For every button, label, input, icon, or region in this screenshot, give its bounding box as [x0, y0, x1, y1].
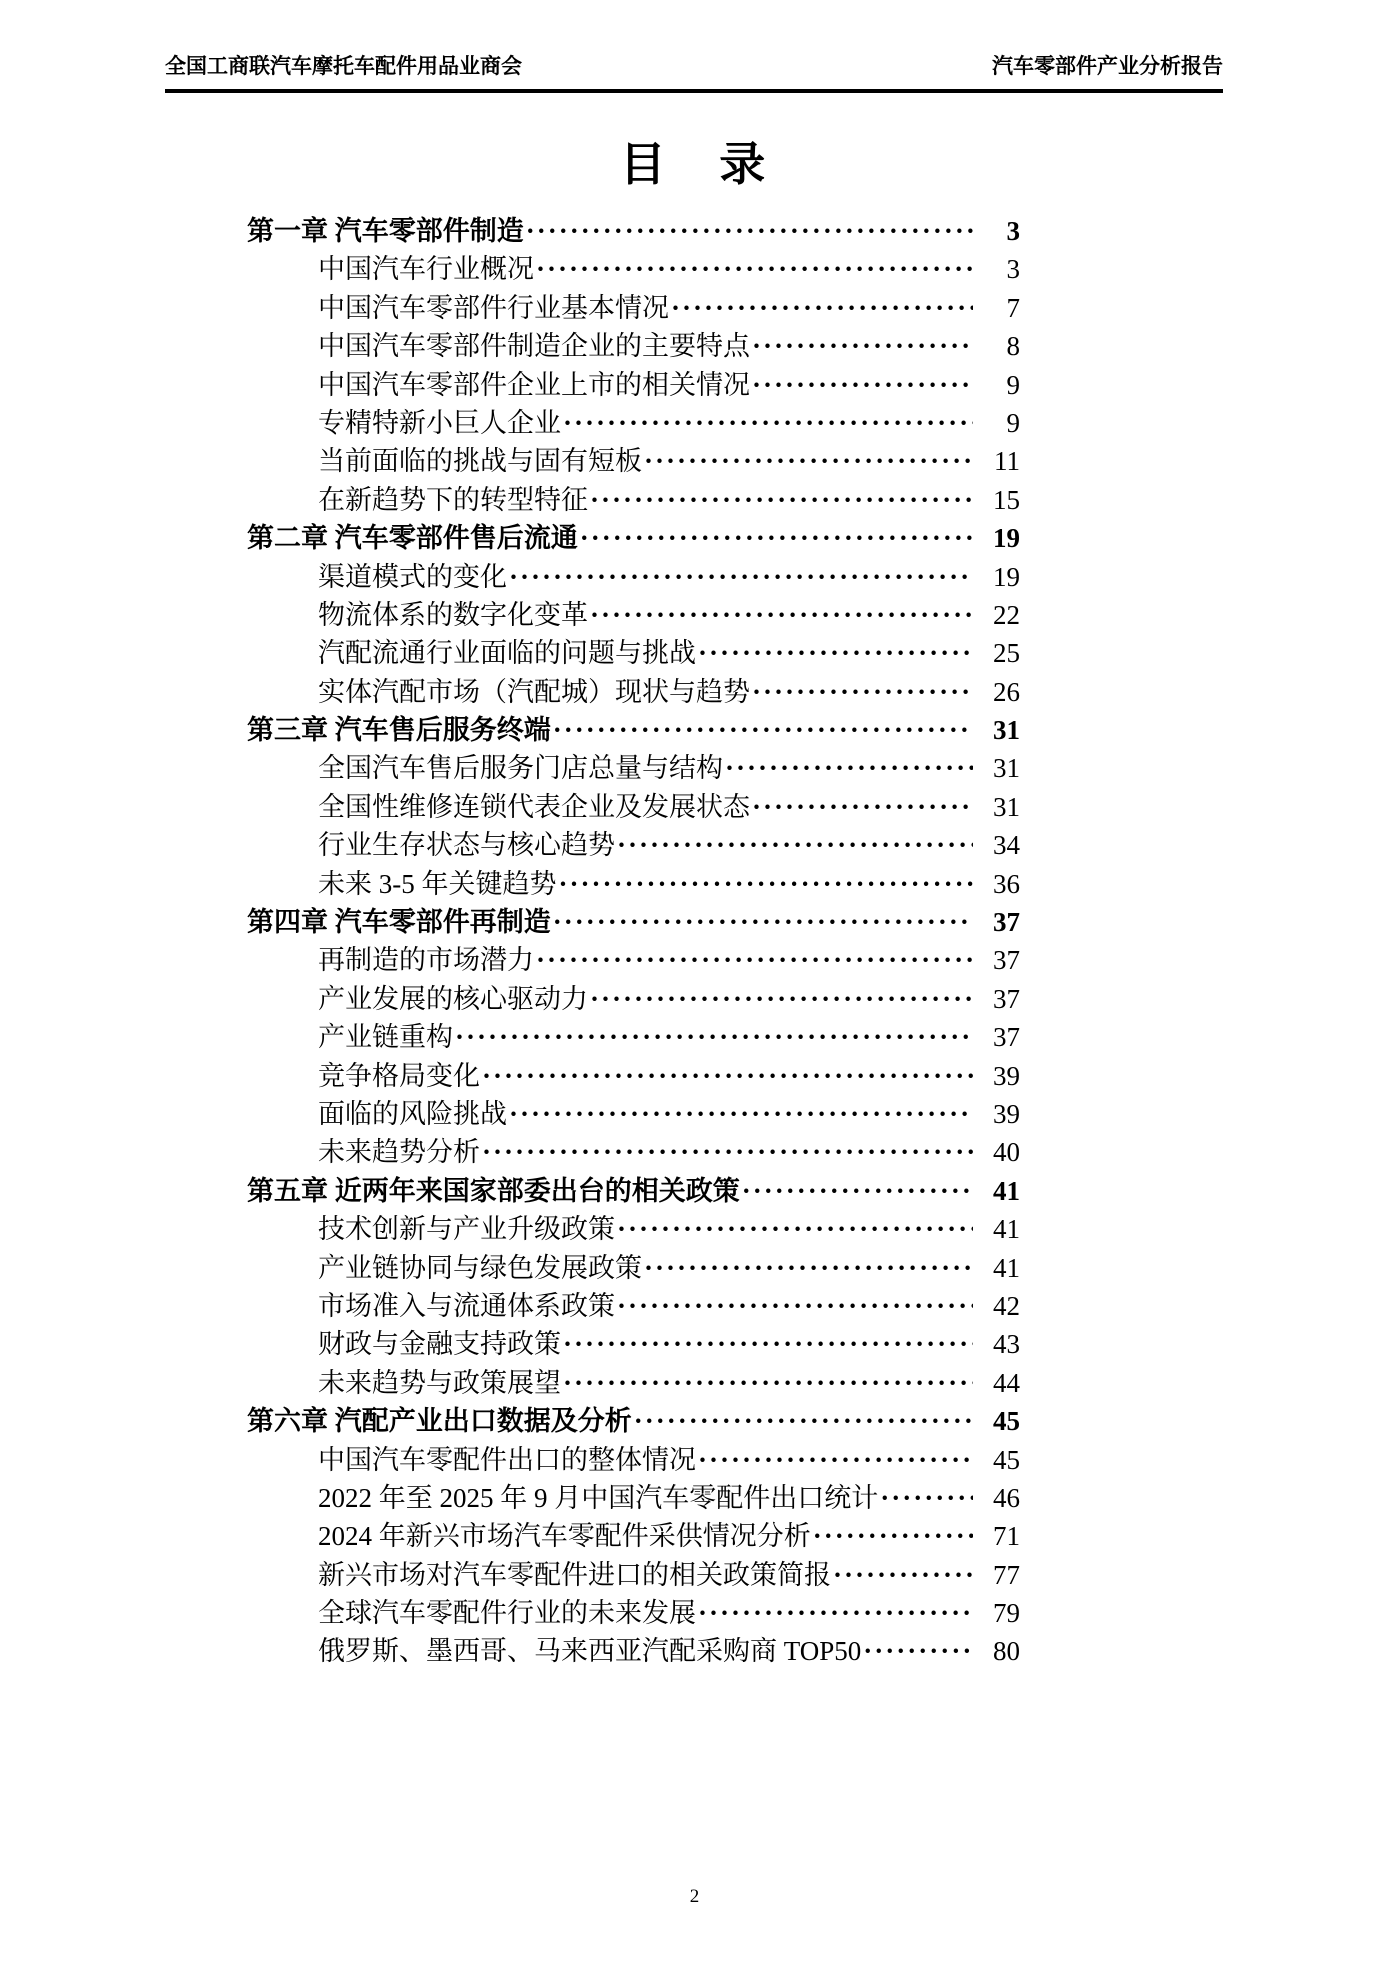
toc-page-number: 42	[978, 1287, 1020, 1325]
toc-entry-label: 中国汽车零部件行业基本情况	[318, 289, 669, 327]
dot-leader	[752, 788, 973, 826]
dot-leader	[725, 749, 973, 787]
toc-entry-label: 物流体系的数字化变革	[318, 596, 588, 634]
toc-page-number: 26	[978, 673, 1020, 711]
toc-page-number: 25	[978, 634, 1020, 672]
toc-sub-row[interactable]: 再制造的市场潜力37	[247, 941, 1020, 979]
dot-leader	[509, 1095, 973, 1133]
toc-entry-label: 第五章 近两年来国家部委出台的相关政策	[247, 1172, 740, 1210]
dot-leader	[644, 442, 973, 480]
toc-sub-row[interactable]: 财政与金融支持政策43	[247, 1325, 1020, 1363]
footer-page-number: 2	[0, 1886, 1389, 1908]
toc-entry-label: 在新趋势下的转型特征	[318, 481, 588, 519]
dot-leader	[742, 1172, 973, 1210]
toc-sub-row[interactable]: 产业链重构37	[247, 1018, 1020, 1056]
toc-entry-label: 技术创新与产业升级政策	[318, 1210, 615, 1248]
dot-leader	[698, 634, 973, 672]
dot-leader	[536, 941, 973, 979]
toc-sub-row[interactable]: 2022 年至 2025 年 9 月中国汽车零配件出口统计46	[247, 1479, 1020, 1517]
toc-entry-label: 中国汽车零部件制造企业的主要特点	[318, 327, 750, 365]
toc-entry-label: 全国汽车售后服务门店总量与结构	[318, 749, 723, 787]
toc-sub-row[interactable]: 未来趋势与政策展望44	[247, 1364, 1020, 1402]
toc-sub-row[interactable]: 全国汽车售后服务门店总量与结构31	[247, 749, 1020, 787]
toc-entry-label: 面临的风险挑战	[318, 1095, 507, 1133]
toc-page-number: 37	[978, 941, 1020, 979]
dot-leader	[526, 212, 973, 250]
toc-entry-label: 专精特新小巨人企业	[318, 404, 561, 442]
dot-leader	[563, 1364, 973, 1402]
toc-page-number: 34	[978, 826, 1020, 864]
toc-page-number: 37	[978, 903, 1020, 941]
toc-entry-label: 全国性维修连锁代表企业及发展状态	[318, 788, 750, 826]
toc-page-number: 22	[978, 596, 1020, 634]
toc-sub-row[interactable]: 全国性维修连锁代表企业及发展状态31	[247, 788, 1020, 826]
toc-page-number: 46	[978, 1479, 1020, 1517]
toc-page-number: 31	[978, 788, 1020, 826]
toc-sub-row[interactable]: 未来趋势分析40	[247, 1133, 1020, 1171]
toc-sub-row[interactable]: 当前面临的挑战与固有短板11	[247, 442, 1020, 480]
toc-page-number: 77	[978, 1556, 1020, 1594]
toc-sub-row[interactable]: 在新趋势下的转型特征15	[247, 481, 1020, 519]
dot-leader	[698, 1441, 973, 1479]
toc-page-number: 80	[978, 1632, 1020, 1670]
toc-page-number: 41	[978, 1172, 1020, 1210]
toc-page-number: 11	[978, 442, 1020, 480]
toc-entry-label: 未来 3-5 年关键趋势	[318, 865, 557, 903]
toc-entry-label: 市场准入与流通体系政策	[318, 1287, 615, 1325]
toc-sub-row[interactable]: 新兴市场对汽车零配件进口的相关政策简报77	[247, 1556, 1020, 1594]
toc-chapter-row[interactable]: 第一章 汽车零部件制造3	[247, 212, 1020, 250]
dot-leader	[482, 1057, 973, 1095]
toc-entry-label: 中国汽车零部件企业上市的相关情况	[318, 366, 750, 404]
toc-sub-row[interactable]: 2024 年新兴市场汽车零配件采供情况分析71	[247, 1517, 1020, 1555]
toc-page-number: 43	[978, 1325, 1020, 1363]
toc-sub-row[interactable]: 专精特新小巨人企业9	[247, 404, 1020, 442]
toc-sub-row[interactable]: 实体汽配市场（汽配城）现状与趋势26	[247, 673, 1020, 711]
toc-entry-label: 产业链重构	[318, 1018, 453, 1056]
toc-entry-label: 行业生存状态与核心趋势	[318, 826, 615, 864]
page-header: 全国工商联汽车摩托车配件用品业商会 汽车零部件产业分析报告	[165, 50, 1223, 93]
toc-entry-label: 汽配流通行业面临的问题与挑战	[318, 634, 696, 672]
toc-sub-row[interactable]: 俄罗斯、墨西哥、马来西亚汽配采购商 TOP5080	[247, 1632, 1020, 1670]
dot-leader	[590, 980, 973, 1018]
toc-entry-label: 第六章 汽配产业出口数据及分析	[247, 1402, 632, 1440]
toc-entry-label: 财政与金融支持政策	[318, 1325, 561, 1363]
toc-entry-label: 俄罗斯、墨西哥、马来西亚汽配采购商 TOP50	[318, 1632, 861, 1670]
dot-leader	[590, 481, 973, 519]
toc-sub-row[interactable]: 汽配流通行业面临的问题与挑战25	[247, 634, 1020, 672]
toc-page-number: 36	[978, 865, 1020, 903]
toc-page-number: 37	[978, 1018, 1020, 1056]
toc-sub-row[interactable]: 未来 3-5 年关键趋势36	[247, 865, 1020, 903]
toc-page-number: 79	[978, 1594, 1020, 1632]
toc-entry-label: 竞争格局变化	[318, 1057, 480, 1095]
toc-sub-row[interactable]: 产业发展的核心驱动力37	[247, 980, 1020, 1018]
toc-page-number: 44	[978, 1364, 1020, 1402]
dot-leader	[617, 1210, 973, 1248]
dot-leader	[698, 1594, 973, 1632]
toc-page-number: 9	[978, 366, 1020, 404]
toc-page-number: 41	[978, 1210, 1020, 1248]
toc-page-number: 41	[978, 1249, 1020, 1287]
toc-sub-row[interactable]: 中国汽车零配件出口的整体情况45	[247, 1441, 1020, 1479]
toc-title: 目 录	[0, 128, 1389, 194]
toc-entry-label: 新兴市场对汽车零配件进口的相关政策简报	[318, 1556, 831, 1594]
dot-leader	[553, 903, 973, 941]
toc-page-number: 45	[978, 1441, 1020, 1479]
toc-entry-label: 第一章 汽车零部件制造	[247, 212, 524, 250]
dot-leader	[482, 1133, 973, 1171]
toc-entry-label: 渠道模式的变化	[318, 558, 507, 596]
toc-entry-label: 第四章 汽车零部件再制造	[247, 903, 551, 941]
dot-leader	[580, 519, 973, 557]
toc-chapter-row[interactable]: 第六章 汽配产业出口数据及分析45	[247, 1402, 1020, 1440]
toc-entry-label: 当前面临的挑战与固有短板	[318, 442, 642, 480]
toc-entry-label: 未来趋势分析	[318, 1133, 480, 1171]
toc-sub-row[interactable]: 物流体系的数字化变革22	[247, 596, 1020, 634]
toc-sub-row[interactable]: 竞争格局变化39	[247, 1057, 1020, 1095]
toc-entry-label: 2022 年至 2025 年 9 月中国汽车零配件出口统计	[318, 1479, 878, 1517]
header-right-text: 汽车零部件产业分析报告	[992, 50, 1223, 80]
toc-sub-row[interactable]: 中国汽车行业概况3	[247, 250, 1020, 288]
dot-leader	[617, 826, 973, 864]
toc-sub-row[interactable]: 中国汽车零部件行业基本情况7	[247, 289, 1020, 327]
toc-page-number: 39	[978, 1057, 1020, 1095]
toc-page-number: 3	[978, 250, 1020, 288]
dot-leader	[617, 1287, 973, 1325]
toc-chapter-row[interactable]: 第二章 汽车零部件售后流通19	[247, 519, 1020, 557]
dot-leader	[536, 250, 973, 288]
toc-entry-label: 中国汽车零配件出口的整体情况	[318, 1441, 696, 1479]
toc-page-number: 45	[978, 1402, 1020, 1440]
toc-entry-label: 第三章 汽车售后服务终端	[247, 711, 551, 749]
toc-sub-row[interactable]: 渠道模式的变化19	[247, 558, 1020, 596]
toc-page-number: 7	[978, 289, 1020, 327]
toc-sub-row[interactable]: 面临的风险挑战39	[247, 1095, 1020, 1133]
toc-page-number: 3	[978, 212, 1020, 250]
toc-sub-row[interactable]: 技术创新与产业升级政策41	[247, 1210, 1020, 1248]
toc-chapter-row[interactable]: 第四章 汽车零部件再制造37	[247, 903, 1020, 941]
toc-sub-row[interactable]: 产业链协同与绿色发展政策41	[247, 1249, 1020, 1287]
toc-page-number: 31	[978, 749, 1020, 787]
toc-page-number: 8	[978, 327, 1020, 365]
dot-leader	[563, 404, 973, 442]
document-page: 全国工商联汽车摩托车配件用品业商会 汽车零部件产业分析报告 目 录 第一章 汽车…	[0, 0, 1389, 1964]
toc-sub-row[interactable]: 中国汽车零部件制造企业的主要特点8	[247, 327, 1020, 365]
toc-entry-label: 全球汽车零配件行业的未来发展	[318, 1594, 696, 1632]
toc-entry-label: 再制造的市场潜力	[318, 941, 534, 979]
toc-page-number: 37	[978, 980, 1020, 1018]
toc-entry-label: 2024 年新兴市场汽车零配件采供情况分析	[318, 1517, 811, 1555]
toc-page-number: 31	[978, 711, 1020, 749]
toc-entry-label: 产业链协同与绿色发展政策	[318, 1249, 642, 1287]
toc-page-number: 71	[978, 1517, 1020, 1555]
dot-leader	[455, 1018, 973, 1056]
dot-leader	[509, 558, 973, 596]
toc-sub-row[interactable]: 市场准入与流通体系政策42	[247, 1287, 1020, 1325]
toc-sub-row[interactable]: 行业生存状态与核心趋势34	[247, 826, 1020, 864]
toc-page-number: 19	[978, 519, 1020, 557]
dot-leader	[880, 1479, 973, 1517]
dot-leader	[671, 289, 973, 327]
header-left-text: 全国工商联汽车摩托车配件用品业商会	[165, 50, 522, 80]
toc-entry-label: 未来趋势与政策展望	[318, 1364, 561, 1402]
toc-page-number: 15	[978, 481, 1020, 519]
toc-entry-label: 第二章 汽车零部件售后流通	[247, 519, 578, 557]
toc-chapter-row[interactable]: 第五章 近两年来国家部委出台的相关政策41	[247, 1172, 1020, 1210]
toc-entry-label: 实体汽配市场（汽配城）现状与趋势	[318, 673, 750, 711]
dot-leader	[833, 1556, 973, 1594]
dot-leader	[559, 865, 974, 903]
toc-sub-row[interactable]: 全球汽车零配件行业的未来发展79	[247, 1594, 1020, 1632]
dot-leader	[863, 1632, 973, 1670]
dot-leader	[590, 596, 973, 634]
dot-leader	[644, 1249, 973, 1287]
dot-leader	[813, 1517, 973, 1555]
toc-chapter-row[interactable]: 第三章 汽车售后服务终端31	[247, 711, 1020, 749]
dot-leader	[752, 366, 973, 404]
dot-leader	[563, 1325, 973, 1363]
dot-leader	[553, 711, 973, 749]
dot-leader	[752, 327, 973, 365]
toc-page-number: 9	[978, 404, 1020, 442]
toc-page-number: 19	[978, 558, 1020, 596]
toc-sub-row[interactable]: 中国汽车零部件企业上市的相关情况9	[247, 366, 1020, 404]
toc-list: 第一章 汽车零部件制造3中国汽车行业概况3中国汽车零部件行业基本情况7中国汽车零…	[247, 212, 1020, 1671]
dot-leader	[634, 1402, 973, 1440]
toc-entry-label: 产业发展的核心驱动力	[318, 980, 588, 1018]
dot-leader	[752, 673, 973, 711]
toc-page-number: 40	[978, 1133, 1020, 1171]
toc-entry-label: 中国汽车行业概况	[318, 250, 534, 288]
toc-page-number: 39	[978, 1095, 1020, 1133]
